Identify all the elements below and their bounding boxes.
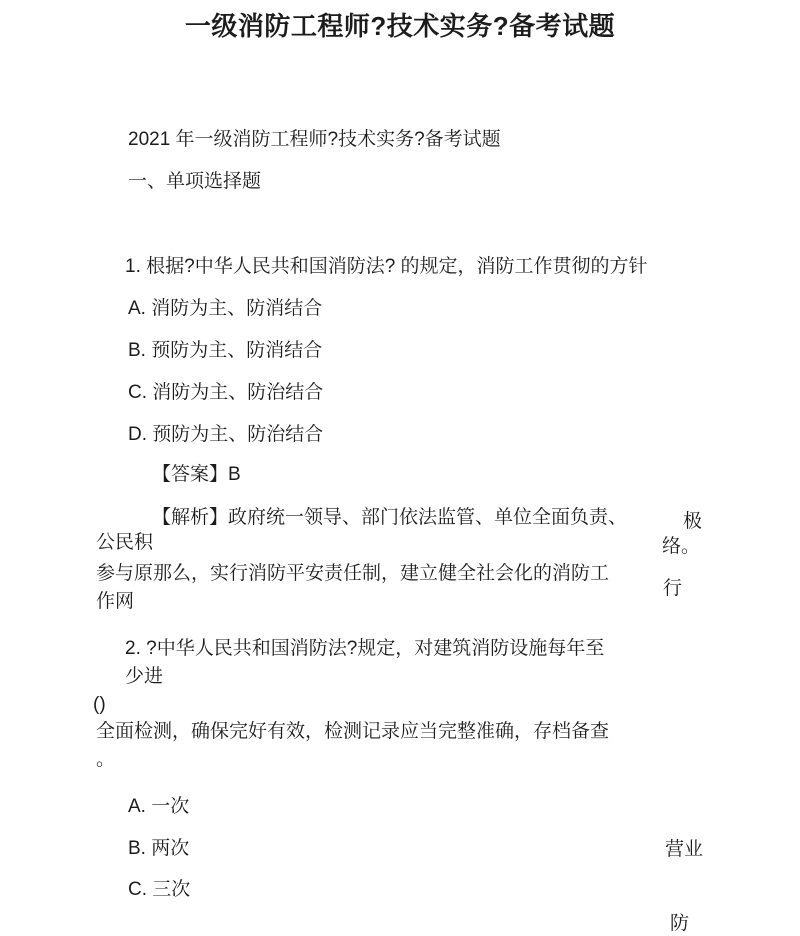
question-2-stem-line-2: 少进	[125, 665, 163, 689]
question-1-option-a: A. 消防为主、防消结合	[128, 297, 322, 321]
margin-fragment: 络。	[662, 535, 700, 559]
question-2-option-c: C. 三次	[128, 878, 190, 902]
question-1-option-b: B. 预防为主、防消结合	[128, 339, 322, 363]
question-1-analysis-line-4: 作网	[96, 590, 134, 614]
margin-fragment: 防	[670, 912, 689, 936]
question-1-option-d: D. 预防为主、防治结合	[128, 423, 323, 447]
question-2-stem-line-5: 。	[96, 748, 115, 772]
question-2-option-b: B. 两次	[128, 837, 189, 861]
question-2-option-a: A. 一次	[128, 795, 189, 819]
section-heading: 一、单项选择题	[128, 170, 261, 194]
question-1-answer: 【答案】B	[152, 463, 241, 487]
question-2-stem-line-4: 全面检测，确保完好有效，检测记录应当完整准确，存档备查	[96, 720, 609, 744]
question-1-analysis-line-2: 公民积	[96, 531, 153, 555]
question-2-stem-line-1: 2. ?中华人民共和国消防法?规定，对建筑消防设施每年至	[125, 637, 604, 661]
question-1-analysis-line-3: 参与原那么，实行消防平安责任制，建立健全社会化的消防工	[96, 562, 609, 586]
margin-fragment: 行	[663, 577, 682, 601]
question-1-stem: 1. 根据?中华人民共和国消防法? 的规定，消防工作贯彻的方针	[125, 255, 648, 279]
page-title: 一级消防工程师?技术实务?备考试题	[0, 10, 800, 42]
question-1-analysis-line-1: 【解析】政府统一领导、部门依法监管、单位全面负责、	[152, 506, 627, 530]
question-1-option-c: C. 消防为主、防治结合	[128, 381, 323, 405]
margin-fragment: 极	[683, 510, 702, 534]
document-page: 一级消防工程师?技术实务?备考试题 2021 年一级消防工程师?技术实务?备考试…	[0, 0, 800, 936]
question-2-stem-line-3: ()	[93, 693, 106, 717]
doc-subtitle: 2021 年一级消防工程师?技术实务?备考试题	[128, 128, 501, 152]
margin-fragment: 营业	[665, 838, 703, 862]
